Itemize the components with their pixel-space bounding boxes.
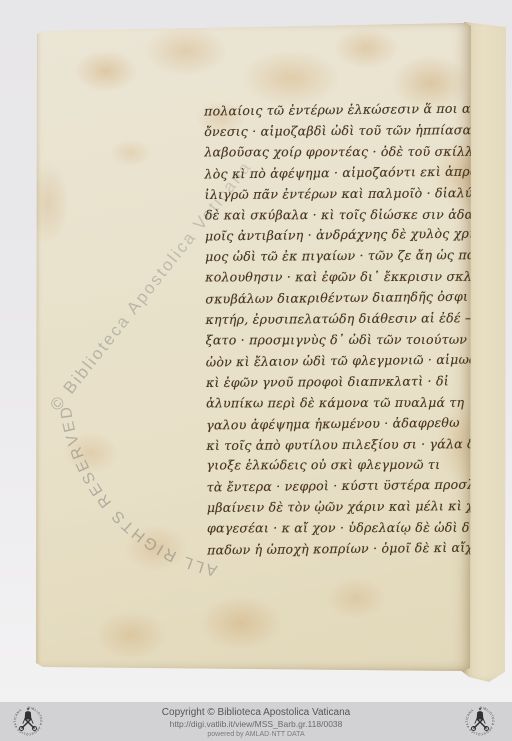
manuscript-line: μος ὠδὶ τῶ ἐκ πιγαίων · τῶν ζε ἄη ὡς παρ… [205,246,467,269]
manuscript-text-block: πολαίοις τῶ ἐντέρων ἑλκώσεσιν ἅ ποι αὐτη… [204,99,469,561]
digitized-manuscript-view: πολαίοις τῶ ἐντέρων ἑλκώσεσιν ἅ ποι αὐτη… [0,0,512,741]
manuscript-line: κὶ ἐφῶν γνοῦ προφοὶ διαπνκλατὶ · δἰ [206,371,468,394]
manuscript-line: κὶ τοῖς ἀπὸ φυτίλου πιλεξίου σι · γάλα δ… [206,434,468,457]
manuscript-line: τὰ ἔντερα · νεφροὶ · κύστι ϋστέρα προσλα… [207,475,469,499]
manuscript-line: ὄνεσις · αἱμοζαβδὶ ὠδὶ τοῦ τῶν ἠππίασαν … [204,120,466,143]
manuscript-line: κολουθησιν · καὶ ἐφῶν δι᾽ ἔκκρισιν σκληρ… [205,267,467,289]
manuscript-line: πολαίοις τῶ ἐντέρων ἑλκώσεσιν ἅ ποι αὐτη [204,99,466,123]
manuscript-line: ἀλυπίκω περὶ δὲ κάμονα τῶ πυαλμά τη [206,392,468,414]
manuscript-page: πολαίοις τῶ ἐντέρων ἑλκώσεσιν ἅ ποι αὐτη… [36,23,471,671]
manuscript-line: λαβοῦσας χοίρ φροντέας · ὁδὲ τοῦ σκίλλου… [204,142,466,164]
manuscript-line: μοῖς ἀντιβαίνη · ἀνδράχνης δὲ χυλὸς χρῆσ… [205,224,467,248]
image-url-text: http://digi.vatlib.it/view/MSS_Barb.gr.1… [170,719,343,729]
manuscript-line: γιοξε ἑλκώδεις οὐ σκὶ φλεγμονῶ τι [207,455,469,477]
manuscript-line: ὠὸν κὶ ἔλαιον ὠδὶ τῶ φλεγμονιῶ · αἱμωδὶ [206,350,468,374]
footer-bar: BIBLIOTECA APOSTOLICA VATICANA Copyright… [0,702,512,741]
vatican-library-seal-right: BIBLIOTECA APOSTOLICA VATICANA [462,703,498,739]
manuscript-line: γαλου ἀφέψημα ἠκωμένου · ἀδαφρεθω [206,412,468,436]
copyright-text: Copyright © Biblioteca Apostolica Vatica… [162,707,350,719]
manuscript-line: παδων ἡ ὠποχὴ κοπρίων · ὁμοῖ δὲ κὶ αἴχρη… [207,538,469,562]
manuscript-line: μβαίνειν δὲ τὸν ᾠῶν χάριν καὶ μέλι κὶ χυ [207,496,469,519]
manuscript-line: ἰλιγρῶ πᾶν ἐντέρων καὶ παλμοῖὸ · δἰαλύα [205,183,467,206]
manuscript-line: σκυβάλων διακριθέντων διαπηδῆς ὀσφι — [205,287,467,311]
vatican-library-seal-left: BIBLIOTECA APOSTOLICA VATICANA [10,703,46,739]
manuscript-line: λὸς κὶ πὸ ἀφέψημα · αἱμοζαόντι εκὶ ἀπρό [204,161,466,185]
powered-by-text: powered by AMLAD·NTT DATA [207,730,304,739]
manuscript-line: κητήρ, ἐρυσιπελατώδη διάθεσιν αἱ ἐδέ — [205,308,467,331]
manuscript-line: ξατο · προσμιγνὺς δ᾽ ὠδὶ τῶν τοιούτων κὶ [206,330,468,352]
manuscript-line: δὲ καὶ σκύβαλα · κὶ τοῖς δἰώσκε σιν ἀδαξ… [205,204,467,226]
manuscript-line: φαγεσέαι · κ αἴ χον · ὑδρελαίῳ δὲ ὠδὶ δι… [207,518,469,540]
